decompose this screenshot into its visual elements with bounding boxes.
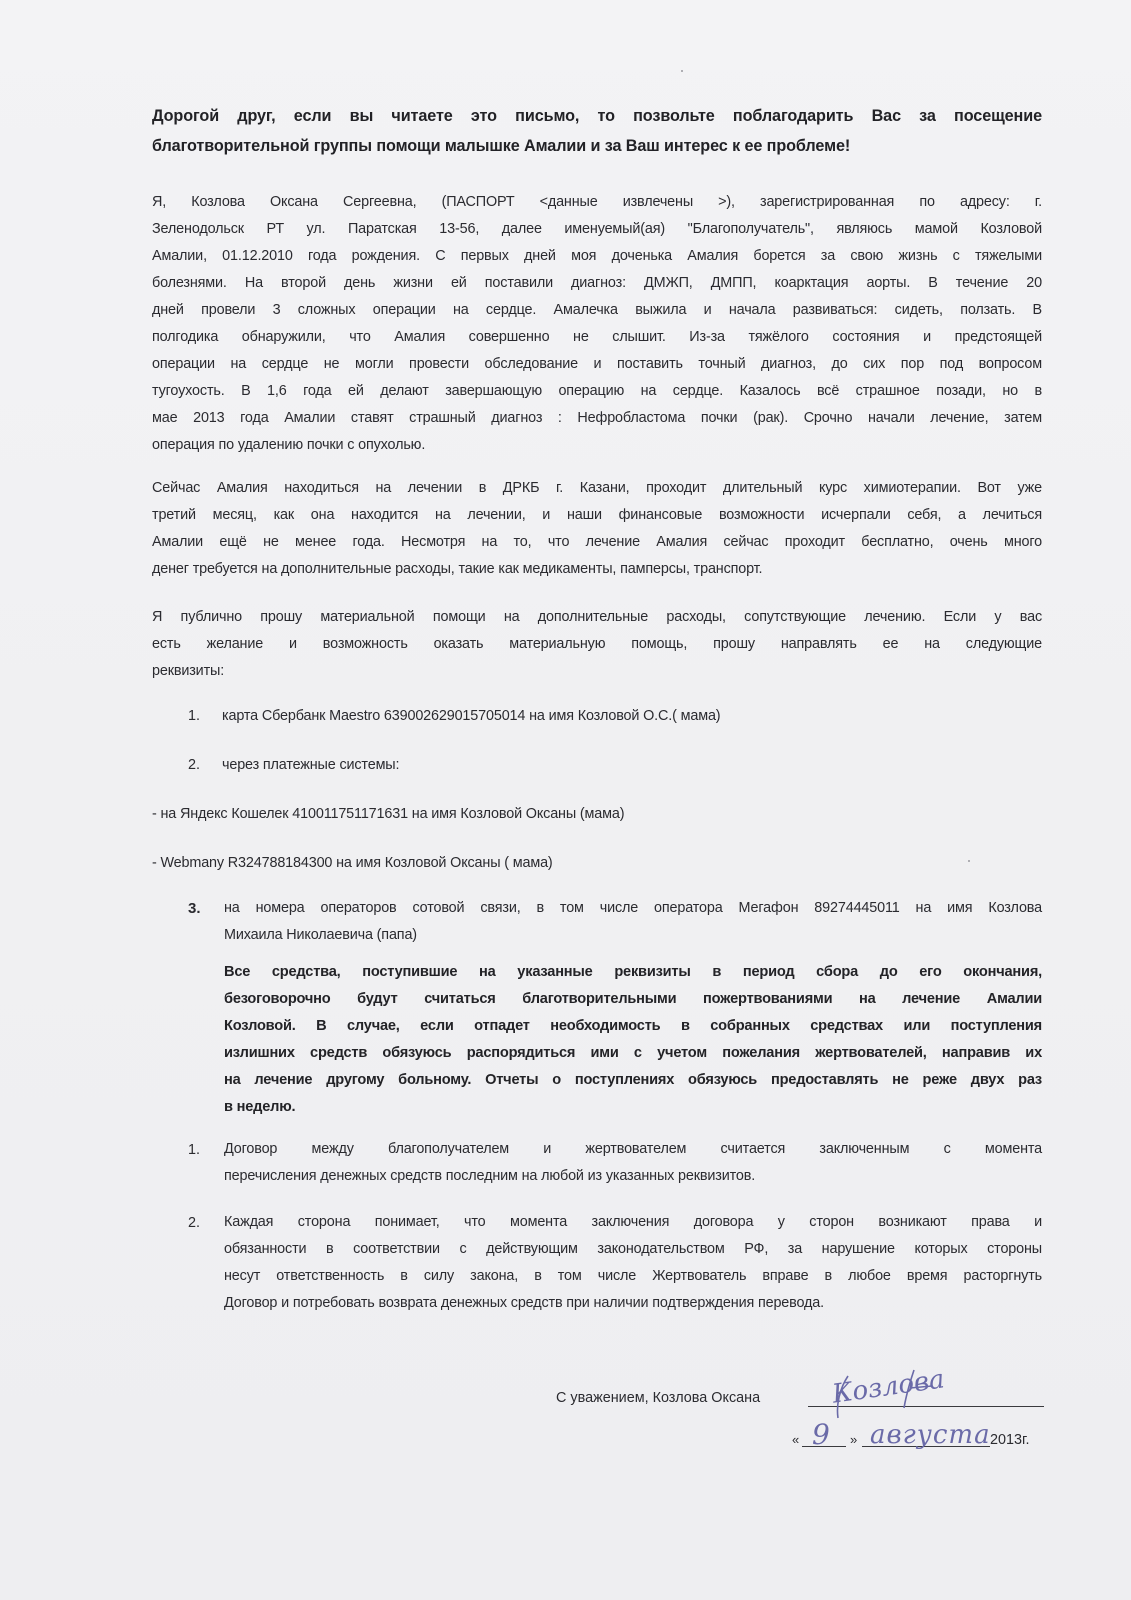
term-line: перечисления денежных средств последним … — [224, 1163, 1042, 1190]
paragraph-line: третий месяц, как она находится на лечен… — [152, 502, 1042, 529]
commitment-line: на лечение другому больному. Отчеты о по… — [224, 1067, 1042, 1094]
requisite-line: на номера операторов сотовой связи, в то… — [224, 895, 1042, 922]
requisite-number: 2. — [188, 755, 200, 775]
requisite-line: Михаила Николаевича (папа) — [224, 922, 1042, 949]
paragraph-line: Амалии, 01.12.2010 года рождения. С перв… — [152, 243, 1042, 270]
term-line: Каждая сторона понимает, что момента зак… — [224, 1209, 1042, 1236]
paragraph-line: операции на сердце не могли провести обс… — [152, 351, 1042, 378]
paragraph-line: дней провели 3 сложных операции на сердц… — [152, 297, 1042, 324]
paragraph-treatment: Сейчас Амалия находиться на лечении в ДР… — [152, 475, 1042, 583]
date-open-quote: « — [792, 1432, 799, 1447]
paragraph-line: Я, Козлова Оксана Сергеевна, (ПАСПОРТ <д… — [152, 189, 1042, 216]
commitment-line: безоговорочно будут считаться благотвори… — [224, 986, 1042, 1013]
headline-line-1: Дорогой друг, если вы читаете это письмо… — [152, 101, 1042, 131]
requisite-webmoney: - Webmany R324788184300 на имя Козловой … — [152, 853, 553, 873]
paragraph-line: мае 2013 года Амалии ставят страшный диа… — [152, 405, 1042, 432]
paragraph-line: денег требуется на дополнительные расход… — [152, 556, 1042, 583]
term-line: Договор между благополучателем и жертвов… — [224, 1136, 1042, 1163]
handwritten-day: 9 — [812, 1418, 830, 1451]
paragraph-line: болезнями. На второй день жизни ей поста… — [152, 270, 1042, 297]
paragraph-line: есть желание и возможность оказать матер… — [152, 631, 1042, 658]
commitment-line: Все средства, поступившие на указанные р… — [224, 959, 1042, 986]
date-year: 2013г. — [990, 1432, 1030, 1448]
term-line: Договор и потребовать возврата денежных … — [224, 1290, 1042, 1317]
headline-line-2: благотворительной группы помощи малышке … — [152, 131, 1042, 161]
signature-stroke-icon — [826, 1366, 946, 1426]
requisite-yandex-wallet: - на Яндекс Кошелек 410011751171631 на и… — [152, 804, 624, 824]
document-page: Дорогой друг, если вы читаете это письмо… — [0, 0, 1131, 1600]
term-contract-conclusion: Договор между благополучателем и жертвов… — [224, 1136, 1042, 1190]
paragraph-request: Я публично прошу материальной помощи на … — [152, 604, 1042, 685]
scan-speck — [681, 70, 683, 72]
term-rights-obligations: Каждая сторона понимает, что момента зак… — [224, 1209, 1042, 1317]
term-line: обязанности в соответствии с действующим… — [224, 1236, 1042, 1263]
handwritten-month: августа — [870, 1420, 991, 1450]
paragraph-intro: Я, Козлова Оксана Сергеевна, (ПАСПОРТ <д… — [152, 189, 1042, 459]
paragraph-line: тугоухость. В 1,6 года ей делают заверша… — [152, 378, 1042, 405]
paragraph-line: Я публично прошу материальной помощи на … — [152, 604, 1042, 631]
paragraph-line: Амалии ещё не менее года. Несмотря на то… — [152, 529, 1042, 556]
requisite-number: 1. — [188, 706, 200, 726]
paragraph-line: операция по удалению почки с опухолью. — [152, 432, 1042, 459]
requisite-payment-systems: через платежные системы: — [222, 755, 399, 775]
date-close-quote: » — [850, 1432, 857, 1447]
paragraph-line: реквизиты: — [152, 658, 1042, 685]
requisite-sberbank-card: карта Сбербанк Maestro 63900262901570501… — [222, 706, 720, 726]
term-number: 2. — [188, 1213, 200, 1233]
term-line: несут ответственность в силу закона, в т… — [224, 1263, 1042, 1290]
requisite-number: 3. — [188, 899, 201, 919]
commitment-statement: Все средства, поступившие на указанные р… — [224, 959, 1042, 1121]
commitment-line: Козловой. В случае, если отпадет необход… — [224, 1013, 1042, 1040]
scan-speck — [968, 860, 970, 862]
paragraph-line: Зеленодольск РТ ул. Паратская 13-56, дал… — [152, 216, 1042, 243]
paragraph-line: Сейчас Амалия находиться на лечении в ДР… — [152, 475, 1042, 502]
regards-label: С уважением, Козлова Оксана — [556, 1390, 760, 1406]
requisite-mobile-operator: на номера операторов сотовой связи, в то… — [224, 895, 1042, 949]
headline: Дорогой друг, если вы читаете это письмо… — [152, 101, 1042, 161]
term-number: 1. — [188, 1140, 200, 1160]
paragraph-line: полгодика обнаружили, что Амалия соверше… — [152, 324, 1042, 351]
commitment-line: излишних средств обязуюсь распорядиться … — [224, 1040, 1042, 1067]
commitment-line: в неделю. — [224, 1094, 1042, 1121]
